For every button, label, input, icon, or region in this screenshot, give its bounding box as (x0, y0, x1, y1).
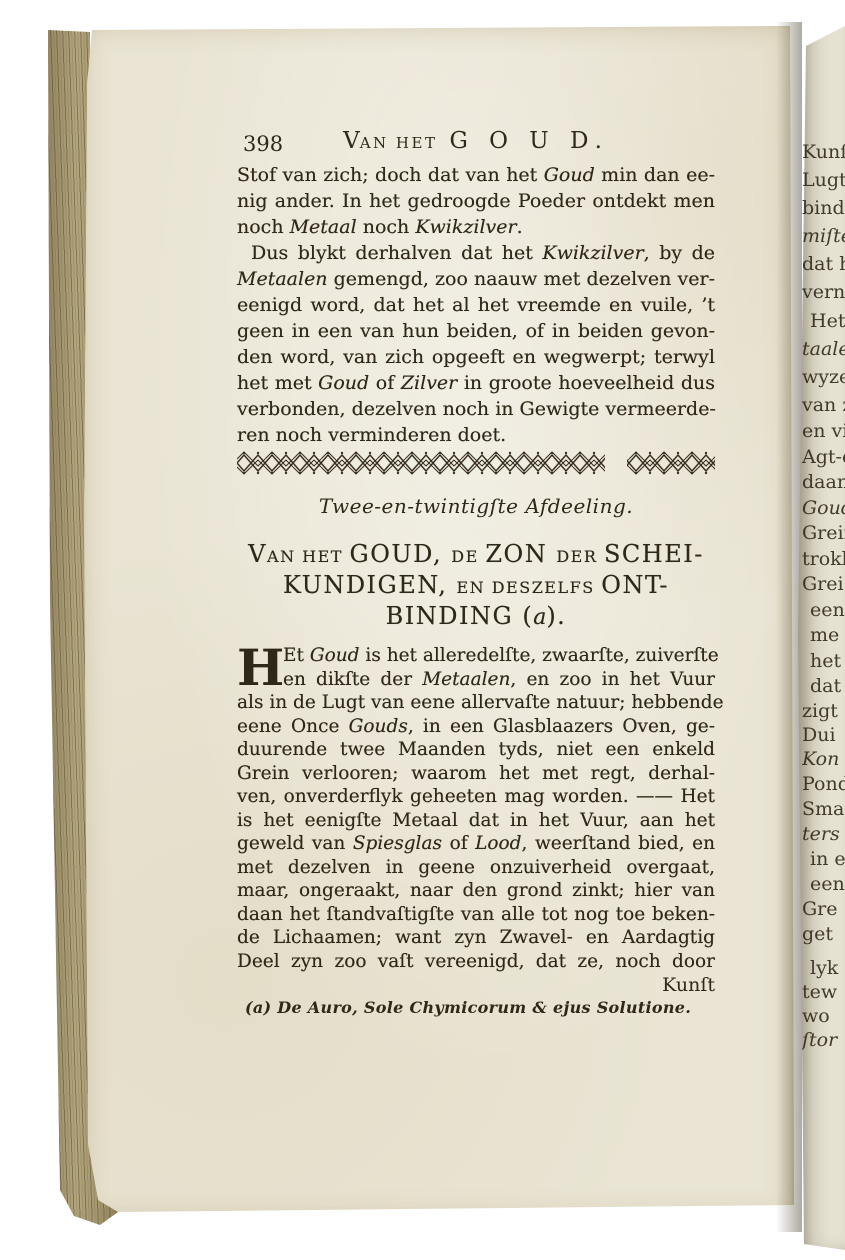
cropped-text-fragment: miſten, (802, 225, 845, 247)
cropped-text-fragment: Grein (802, 522, 845, 544)
cropped-text-fragment: Gre (802, 898, 838, 920)
cropped-text-fragment: daan (802, 471, 845, 493)
text-segment: de Lichaamen; want zyn Zwavel- en Aardag… (237, 927, 715, 948)
text-line: en dikſte der Metaalen, en zoo in het Vu… (237, 668, 715, 692)
text-segment: de (451, 547, 485, 566)
footnote: (a) De Auro, Sole Chymicorum & ejus Solu… (237, 998, 723, 1017)
cropped-text-fragment: en vie (802, 420, 845, 442)
running-title: Van hetG O U D. (237, 128, 715, 154)
italic-text: Zilver (401, 372, 457, 394)
italic-text: Metaalen (422, 669, 510, 690)
section-title: Twee-en-twintigſte Afdeeling. (237, 494, 715, 518)
cropped-text-fragment: wo (802, 1005, 830, 1027)
cropped-text-fragment: lyk (802, 957, 838, 979)
cropped-text-fragment: Smaa (802, 798, 845, 820)
text-segment: . (517, 216, 523, 238)
text-line: Deel zyn zoo vaſt vereenigd, dat ze, noc… (237, 950, 715, 974)
text-line: duurende twee Maanden tyds, niet een enk… (237, 738, 715, 762)
drop-cap: H (237, 646, 284, 690)
text-segment: BINDING ( (386, 602, 534, 630)
main-paragraph: H Et Goud is het alleredelſte, zwaarſte,… (237, 644, 715, 973)
italic-text: Goud (318, 372, 369, 394)
text-segment: ven, onverderflyk geheeten mag worden. —… (237, 786, 715, 807)
cropped-text-fragment: Agt-e (802, 446, 845, 468)
left-page: 398 Van hetG O U D. Stof van zich; doch … (82, 24, 794, 1219)
cropped-text-fragment: Grei (802, 573, 844, 595)
italic-text: Metaalen (237, 268, 328, 290)
cropped-text-fragment: me (802, 624, 839, 646)
text-segment: ). (546, 602, 566, 630)
italic-text: Gouds (349, 716, 408, 737)
text-segment: a (533, 605, 546, 630)
italic-text: Lood (475, 833, 521, 854)
text-segment: duurende twee Maanden tyds, niet een enk… (237, 739, 715, 760)
main-paragraph-lines: Et Goud is het alleredelſte, zwaarſte, z… (237, 644, 715, 973)
text-segment: is het alleredelſte, zwaarſte, zuiverſte (360, 645, 719, 666)
cropped-text-fragment: een (802, 599, 845, 621)
text-line: het met Goud of Zilver in groote hoeveel… (237, 370, 715, 396)
text-line: geen in een van hun beiden, of in beiden… (237, 318, 715, 344)
text-line: geweld van Spiesglas of Lood, weerſtand … (237, 832, 715, 856)
italic-text: Kwikzilver (542, 242, 643, 264)
text-segment: ONT- (601, 571, 669, 599)
text-line: maar, ongeraakt, naar den grond zinkt; h… (237, 879, 715, 903)
cropped-text-fragment: zigt (802, 700, 838, 722)
text-segment: KUNDIGEN, (283, 571, 456, 599)
text-segment: an het (267, 547, 350, 566)
text-segment: ren noch verminderen doet. (237, 424, 506, 446)
cropped-text-fragment: Goud (802, 497, 845, 519)
text-line: noch Metaal noch Kwikzilver. (237, 214, 715, 240)
italic-text: Spiesglas (353, 833, 442, 854)
text-segment: het met (237, 372, 318, 394)
cropped-text-fragment: Kunſt n (802, 141, 845, 163)
text-line: ven, onverderflyk geheeten mag worden. —… (237, 785, 715, 809)
text-line: Metaalen gemengd, zoo naauw met dezelven… (237, 266, 715, 292)
chapter-heading: Van het GOUD, de ZON der SCHEI-KUNDIGEN,… (237, 540, 715, 632)
text-segment: nig ander. In het gedroogde Poeder ontde… (237, 190, 715, 212)
cropped-text-fragment: get (802, 923, 833, 945)
text-line: Stof van zich; doch dat van het Goud min… (237, 162, 715, 188)
text-line: als in de Lugt van eene allervaſte natuu… (237, 691, 715, 715)
text-segment: daan het ſtandvaſtigſte van alle tot nog… (237, 904, 715, 925)
text-line: ren noch verminderen doet. (237, 422, 715, 448)
text-line: Et Goud is het alleredelſte, zwaarſte, z… (237, 644, 715, 668)
cropped-text-fragment: Kon (802, 748, 839, 770)
cropped-text-fragment: wyze u (802, 366, 845, 388)
text-segment: met dezelven in geene onzuiverheid overg… (237, 857, 715, 878)
cropped-text-fragment: Het (802, 310, 845, 332)
text-segment: en deszelfs (456, 578, 601, 597)
text-line: verbonden, dezelven noch in Gewigte verm… (237, 396, 715, 422)
text-segment: in groote hoeveelheid dus (457, 372, 715, 394)
italic-text: Kwikzilver (415, 216, 516, 238)
text-segment: noch (237, 216, 290, 238)
text-segment: verbonden, dezelven noch in Gewigte verm… (237, 398, 716, 420)
text-segment: V (248, 540, 267, 568)
text-segment: min dan ee- (595, 164, 715, 186)
text-segment: Dus blykt derhalven dat het (251, 242, 542, 264)
italic-text: Metaal (290, 216, 357, 238)
page-content: 398 Van hetG O U D. Stof van zich; doch … (82, 24, 794, 1219)
text-line: KUNDIGEN, en deszelfs ONT- (237, 571, 715, 602)
text-segment: en dikſte der (283, 669, 422, 690)
ornament-svg (237, 451, 715, 475)
text-segment: Deel zyn zoo vaſt vereenigd, dat ze, noc… (237, 951, 715, 972)
catchword: Kunſt (237, 974, 737, 996)
cropped-text-fragment: vernie (802, 281, 845, 303)
text-segment: is het eenigſte Metaal dat in het Vuur, … (237, 810, 715, 831)
gutter-shadow (776, 22, 802, 1232)
running-title-initial: V (343, 128, 360, 154)
text-segment: eene Once (237, 716, 349, 737)
text-line: de Lichaamen; want zyn Zwavel- en Aardag… (237, 926, 715, 950)
text-line: daan het ſtandvaſtigſte van alle tot nog… (237, 903, 715, 927)
text-segment: geweld van (237, 833, 353, 854)
text-line: Dus blykt derhalven dat het Kwikzilver, … (237, 240, 715, 266)
paragraph-1: Stof van zich; doch dat van het Goud min… (237, 162, 715, 240)
cropped-text-fragment: ters (802, 823, 840, 845)
text-segment: GOUD, (350, 540, 452, 568)
text-line: met dezelven in geene onzuiverheid overg… (237, 856, 715, 880)
text-segment: geen in een van hun beiden, of in beiden… (237, 320, 715, 342)
text-segment: als in de Lugt van eene allervaſte natuu… (237, 692, 724, 713)
text-segment: , en zoo in het Vuur (510, 669, 715, 690)
text-line: eene Once Gouds, in een Glasblaazers Ove… (237, 715, 715, 739)
text-segment: der (556, 547, 604, 566)
text-segment: gemengd, zoo naauw met dezelven ver- (328, 268, 715, 290)
cropped-text-fragment: in e (802, 848, 845, 870)
cropped-text-fragment: het (802, 650, 841, 672)
cropped-text-fragment: tew (802, 981, 837, 1003)
italic-text: Goud (544, 164, 595, 186)
text-line: BINDING (a). (237, 602, 715, 632)
text-segment: of (369, 372, 401, 394)
text-segment: noch (357, 216, 416, 238)
facing-page-text-fragments: Kunſt nLugt vebinden zmiſten,dat hetvern… (802, 0, 845, 1260)
running-title-main: G O U D. (449, 128, 608, 154)
cropped-text-fragment: Dui (802, 724, 836, 746)
cropped-text-fragment: van ze (802, 394, 845, 416)
text-line: Grein verlooren; waarom het met regt, de… (237, 762, 715, 786)
text-line: eenigd word, dat het al het vreemde en v… (237, 292, 715, 318)
cropped-text-fragment: ſtor (802, 1029, 837, 1051)
cropped-text-fragment: een (802, 873, 845, 895)
running-head: 398 Van hetG O U D. (237, 128, 715, 160)
cropped-text-fragment: Pond (802, 773, 845, 795)
text-line: Van het GOUD, de ZON der SCHEI- (237, 540, 715, 571)
italic-text: Goud (310, 645, 360, 666)
text-segment: , by de (644, 242, 715, 264)
text-segment: den word, van zich opgeeft en wegwerpt; … (237, 346, 715, 368)
cropped-text-fragment: Lugt ve (802, 169, 845, 191)
text-line: is het eenigſte Metaal dat in het Vuur, … (237, 809, 715, 833)
text-segment: Grein verlooren; waarom het met regt, de… (237, 763, 715, 784)
book-photograph: 398 Van hetG O U D. Stof van zich; doch … (0, 0, 845, 1260)
text-segment: eenigd word, dat het al het vreemde en v… (237, 294, 715, 316)
text-segment: maar, ongeraakt, naar den grond zinkt; h… (237, 880, 715, 901)
text-segment: , in een Glasblaazers Oven, ge- (408, 716, 715, 737)
text-segment: ZON (485, 540, 556, 568)
running-title-smallcaps: an het (360, 134, 438, 152)
cropped-text-fragment: binden z (802, 197, 845, 219)
text-segment: Stof van zich; doch dat van het (237, 164, 544, 186)
text-line: den word, van zich opgeeft en wegwerpt; … (237, 344, 715, 370)
woven-band-ornament (237, 451, 715, 475)
text-segment: SCHEI- (604, 540, 704, 568)
paragraph-2: Dus blykt derhalven dat het Kwikzilver, … (237, 240, 715, 448)
text-line: nig ander. In het gedroogde Poeder ontde… (237, 188, 715, 214)
text-segment: Et (283, 645, 310, 666)
cropped-text-fragment: trokk (802, 548, 845, 570)
cropped-text-fragment: taalen (802, 338, 845, 360)
text-segment: , weerſtand bied, en (522, 833, 715, 854)
cropped-text-fragment: dat (802, 675, 841, 697)
cropped-text-fragment: dat het (802, 253, 845, 275)
text-segment: of (442, 833, 475, 854)
